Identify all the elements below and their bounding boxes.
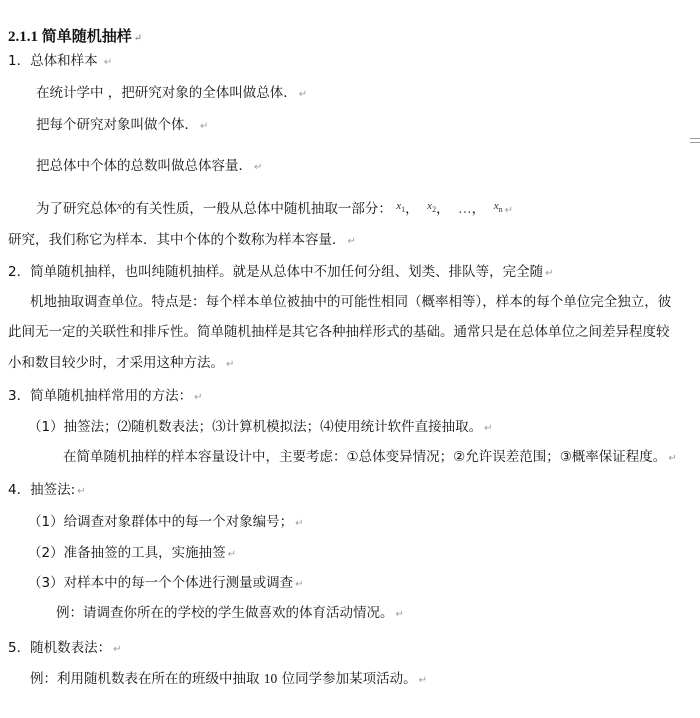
- paragraph-mark-icon: ↵: [545, 268, 553, 279]
- paragraph-mark-icon: ↵: [77, 486, 85, 497]
- paragraph-mark-icon: ↵: [299, 89, 307, 100]
- lottery-step-2: （2）准备抽签的工具，实施抽签↵: [28, 543, 236, 565]
- paragraph-mark-icon: ↵: [348, 236, 356, 247]
- section-1-title: 1．总体和样本 ↵: [8, 51, 112, 73]
- paragraph-mark-icon: ↵: [194, 392, 202, 403]
- section-2-line-2: 机地抽取调查单位。特点是：每个样本单位被抽中的可能性相同（概率相等），样本的每个…: [30, 292, 671, 312]
- paragraph-mark-icon: ↵: [228, 549, 236, 560]
- section-3-title: 3．简单随机抽样常用的方法：↵: [8, 386, 202, 408]
- section-2-line-4: 小和数目较少时，才采用这种方法。↵: [8, 353, 234, 375]
- section-heading: 2.1.1 简单随机抽样↵: [8, 27, 142, 49]
- population-definition: 在统计学中 ，把研究对象的全体叫做总体．↵: [36, 83, 307, 105]
- individual-definition: 把每个研究对象叫做个体．↵: [36, 115, 208, 137]
- paragraph-mark-icon: ↵: [505, 205, 513, 216]
- section-2-line-1: 2．简单随机抽样，也叫纯随机抽样。就是从总体中不加任何分组、划类、排队等，完全随…: [8, 262, 553, 284]
- paragraph-mark-icon: ↵: [668, 453, 676, 464]
- paragraph-mark-icon: ↵: [226, 359, 234, 370]
- paragraph-mark-icon: ↵: [113, 644, 121, 655]
- var-xn: xn: [494, 200, 503, 212]
- paragraph-mark-icon: ↵: [104, 57, 112, 68]
- ellipsis: …: [458, 201, 472, 217]
- lottery-step-1: （1）给调查对象群体中的每一个对象编号；↵: [28, 512, 303, 534]
- paragraph-mark-icon: ↵: [396, 609, 404, 620]
- random-table-example: 例：利用随机数表在所在的班级中抽取 10 位同学参加某项活动。↵: [30, 669, 427, 691]
- lottery-example: 例：请调查你所在的学校的学生做喜欢的体育活动情况。↵: [56, 603, 404, 625]
- var-x1: x1: [396, 200, 405, 212]
- heading-number: 2.1.1: [8, 29, 38, 45]
- var-x2: x2: [427, 200, 436, 212]
- paragraph-mark-icon: ↵: [295, 518, 303, 529]
- lottery-step-3: （3）对样本中的每一个个体进行测量或调查↵: [28, 573, 303, 595]
- paragraph-mark-icon: ↵: [295, 579, 303, 590]
- population-size-definition: 把总体中个体的总数叫做总体容量．↵: [36, 156, 262, 178]
- section-5-title: 5．随机数表法：↵: [8, 638, 121, 660]
- paragraph-mark-icon: ↵: [484, 423, 492, 434]
- margin-marker-icon: [690, 138, 700, 150]
- sampling-methods: （1）抽签法；⑵随机数表法；⑶计算机模拟法；⑷使用统计软件直接抽取。↵: [28, 417, 492, 439]
- var-x: x: [117, 200, 122, 212]
- section-4-title: 4．抽签法:↵: [8, 480, 86, 502]
- heading-title: 简单随机抽样: [42, 29, 132, 45]
- paragraph-mark-icon: ↵: [419, 675, 427, 686]
- paragraph-mark-icon: ↵: [134, 33, 142, 44]
- section-2-line-3: 此间无一定的关联性和排斥性。简单随机抽样是其它各种抽样形式的基础。通常只是在总体…: [8, 322, 670, 342]
- paragraph-mark-icon: ↵: [254, 162, 262, 173]
- sample-size-considerations: 在简单随机抽样的样本容量设计中，主要考虑：①总体变异情况；②允许误差范围；③概率…: [63, 447, 677, 469]
- paragraph-mark-icon: ↵: [200, 121, 208, 132]
- sample-continuation: 研究，我们称它为样本．其中个体的个数称为样本容量．↵: [8, 230, 356, 252]
- sample-sentence: 为了研究总体x的有关性质，一般从总体中随机抽取一部分： x1， x2， …， x…: [36, 199, 513, 221]
